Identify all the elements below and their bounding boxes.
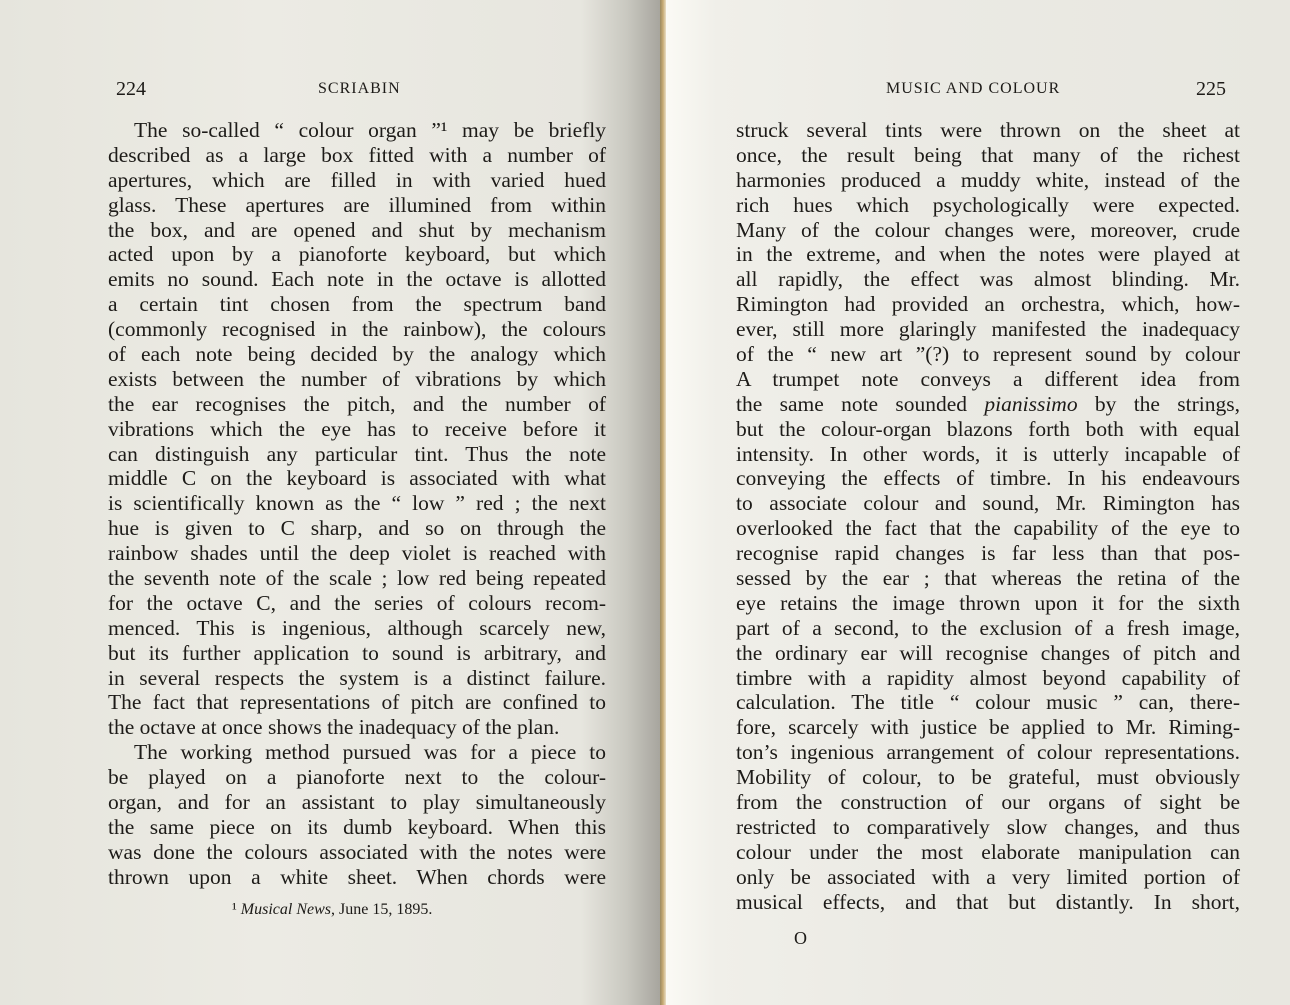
text-line: vibrations which the eye has to receive … xyxy=(108,417,606,442)
text-line: in several respects the system is a dist… xyxy=(108,666,606,691)
right-page: MUSIC AND COLOUR 225 struck several tint… xyxy=(666,0,1290,1005)
text-line: fore, scarcely with justice be applied t… xyxy=(736,715,1240,740)
text-line: menced. This is ingenious, although scar… xyxy=(108,616,606,641)
text-line: glass. These apertures are illumined fro… xyxy=(108,193,606,218)
text-line: from the construction of our organs of s… xyxy=(736,790,1240,815)
text-line: timbre with a rapidity almost beyond cap… xyxy=(736,666,1240,691)
text-line: the ear recognises the pitch, and the nu… xyxy=(108,392,606,417)
text-line: of the “ new art ”(?) to represent sound… xyxy=(736,342,1240,367)
text-line: is scientifically known as the “ low ” r… xyxy=(108,491,606,516)
text-line: sessed by the ear ; that whereas the ret… xyxy=(736,566,1240,591)
text-line: apertures, which are filled in with vari… xyxy=(108,168,606,193)
text-line: A trumpet note conveys a different idea … xyxy=(736,367,1240,392)
text-line: be played on a pianoforte next to the co… xyxy=(108,765,606,790)
footnote-date: , June 15, 1895. xyxy=(331,901,432,918)
footnote: ¹ Musical News, June 15, 1895. xyxy=(232,901,432,919)
text-line: thrown upon a white sheet. When chords w… xyxy=(108,865,606,890)
body-text: struck several tints were thrown on the … xyxy=(736,118,1240,915)
text-line: rich hues which psychologically were exp… xyxy=(736,193,1240,218)
text-line: a certain tint chosen from the spectrum … xyxy=(108,292,606,317)
text-line: acted upon by a pianoforte keyboard, but… xyxy=(108,242,606,267)
text-line: part of a second, to the exclusion of a … xyxy=(736,616,1240,641)
text-line: restricted to comparatively slow changes… xyxy=(736,815,1240,840)
text-line: but its further application to sound is … xyxy=(108,641,606,666)
page-number: 225 xyxy=(1196,78,1226,101)
text-line: Mobility of colour, to be grateful, must… xyxy=(736,765,1240,790)
text-line: The working method pursued was for a pie… xyxy=(108,740,606,765)
text-line: The fact that representations of pitch a… xyxy=(108,690,606,715)
text-line: eye retains the image thrown upon it for… xyxy=(736,591,1240,616)
text-line: the box, and are opened and shut by mech… xyxy=(108,218,606,243)
signature-mark: O xyxy=(794,928,807,949)
text-line: intensity. In other words, it is utterly… xyxy=(736,442,1240,467)
running-head: MUSIC AND COLOUR xyxy=(886,80,1060,104)
text-line: the seventh note of the scale ; low red … xyxy=(108,566,606,591)
text-line: (commonly recognised in the rainbow), th… xyxy=(108,317,606,342)
text-line: hue is given to C sharp, and so on throu… xyxy=(108,516,606,541)
book-spread: 224 SCRIABIN The so-called “ colour orga… xyxy=(0,0,1290,1005)
text-line: all rapidly, the effect was almost blind… xyxy=(736,267,1240,292)
text-line: organ, and for an assistant to play simu… xyxy=(108,790,606,815)
text-line: emits no sound. Each note in the octave … xyxy=(108,267,606,292)
page-number: 224 xyxy=(116,78,146,101)
text-line: conveying the effects of timbre. In his … xyxy=(736,466,1240,491)
left-page: 224 SCRIABIN The so-called “ colour orga… xyxy=(0,0,660,1005)
body-text: The so-called “ colour organ ”¹ may be b… xyxy=(108,118,606,890)
footnote-marker: ¹ xyxy=(232,901,237,918)
text-line: The so-called “ colour organ ”¹ may be b… xyxy=(108,118,606,143)
text-line: once, the result being that many of the … xyxy=(736,143,1240,168)
text-line: Rimington had provided an orchestra, whi… xyxy=(736,292,1240,317)
text-line: colour under the most elaborate manipula… xyxy=(736,840,1240,865)
text-line: rainbow shades until the deep violet is … xyxy=(108,541,606,566)
text-line: struck several tints were thrown on the … xyxy=(736,118,1240,143)
text-line: the same note sounded pianissimo by the … xyxy=(736,392,1240,417)
text-line: middle C on the keyboard is associated w… xyxy=(108,466,606,491)
text-line: ever, still more glaringly manifested th… xyxy=(736,317,1240,342)
text-line: was done the colours associated with the… xyxy=(108,840,606,865)
running-head: SCRIABIN xyxy=(318,80,401,104)
text-line: described as a large box fitted with a n… xyxy=(108,143,606,168)
text-line: calculation. The title “ colour music ” … xyxy=(736,690,1240,715)
text-line: ton’s ingenious arrangement of colour re… xyxy=(736,740,1240,765)
footnote-source: Musical News xyxy=(241,901,331,918)
text-line: of each note being decided by the analog… xyxy=(108,342,606,367)
text-line: exists between the number of vibrations … xyxy=(108,367,606,392)
text-line: but the colour-organ blazons forth both … xyxy=(736,417,1240,442)
text-line: the ordinary ear will recognise changes … xyxy=(736,641,1240,666)
text-line: can distinguish any particular tint. Thu… xyxy=(108,442,606,467)
text-line: to associate colour and sound, Mr. Rimin… xyxy=(736,491,1240,516)
text-line: Many of the colour changes were, moreove… xyxy=(736,218,1240,243)
text-line: in the extreme, and when the notes were … xyxy=(736,242,1240,267)
text-line: overlooked the fact that the capability … xyxy=(736,516,1240,541)
text-line: only be associated with a very limited p… xyxy=(736,865,1240,890)
text-line: the same piece on its dumb keyboard. Whe… xyxy=(108,815,606,840)
text-line: recognise rapid changes is far less than… xyxy=(736,541,1240,566)
text-line: musical effects, and that but distantly.… xyxy=(736,890,1240,915)
text-line: the octave at once shows the inadequacy … xyxy=(108,715,606,740)
text-line: harmonies produced a muddy white, instea… xyxy=(736,168,1240,193)
text-line: for the octave C, and the series of colo… xyxy=(108,591,606,616)
